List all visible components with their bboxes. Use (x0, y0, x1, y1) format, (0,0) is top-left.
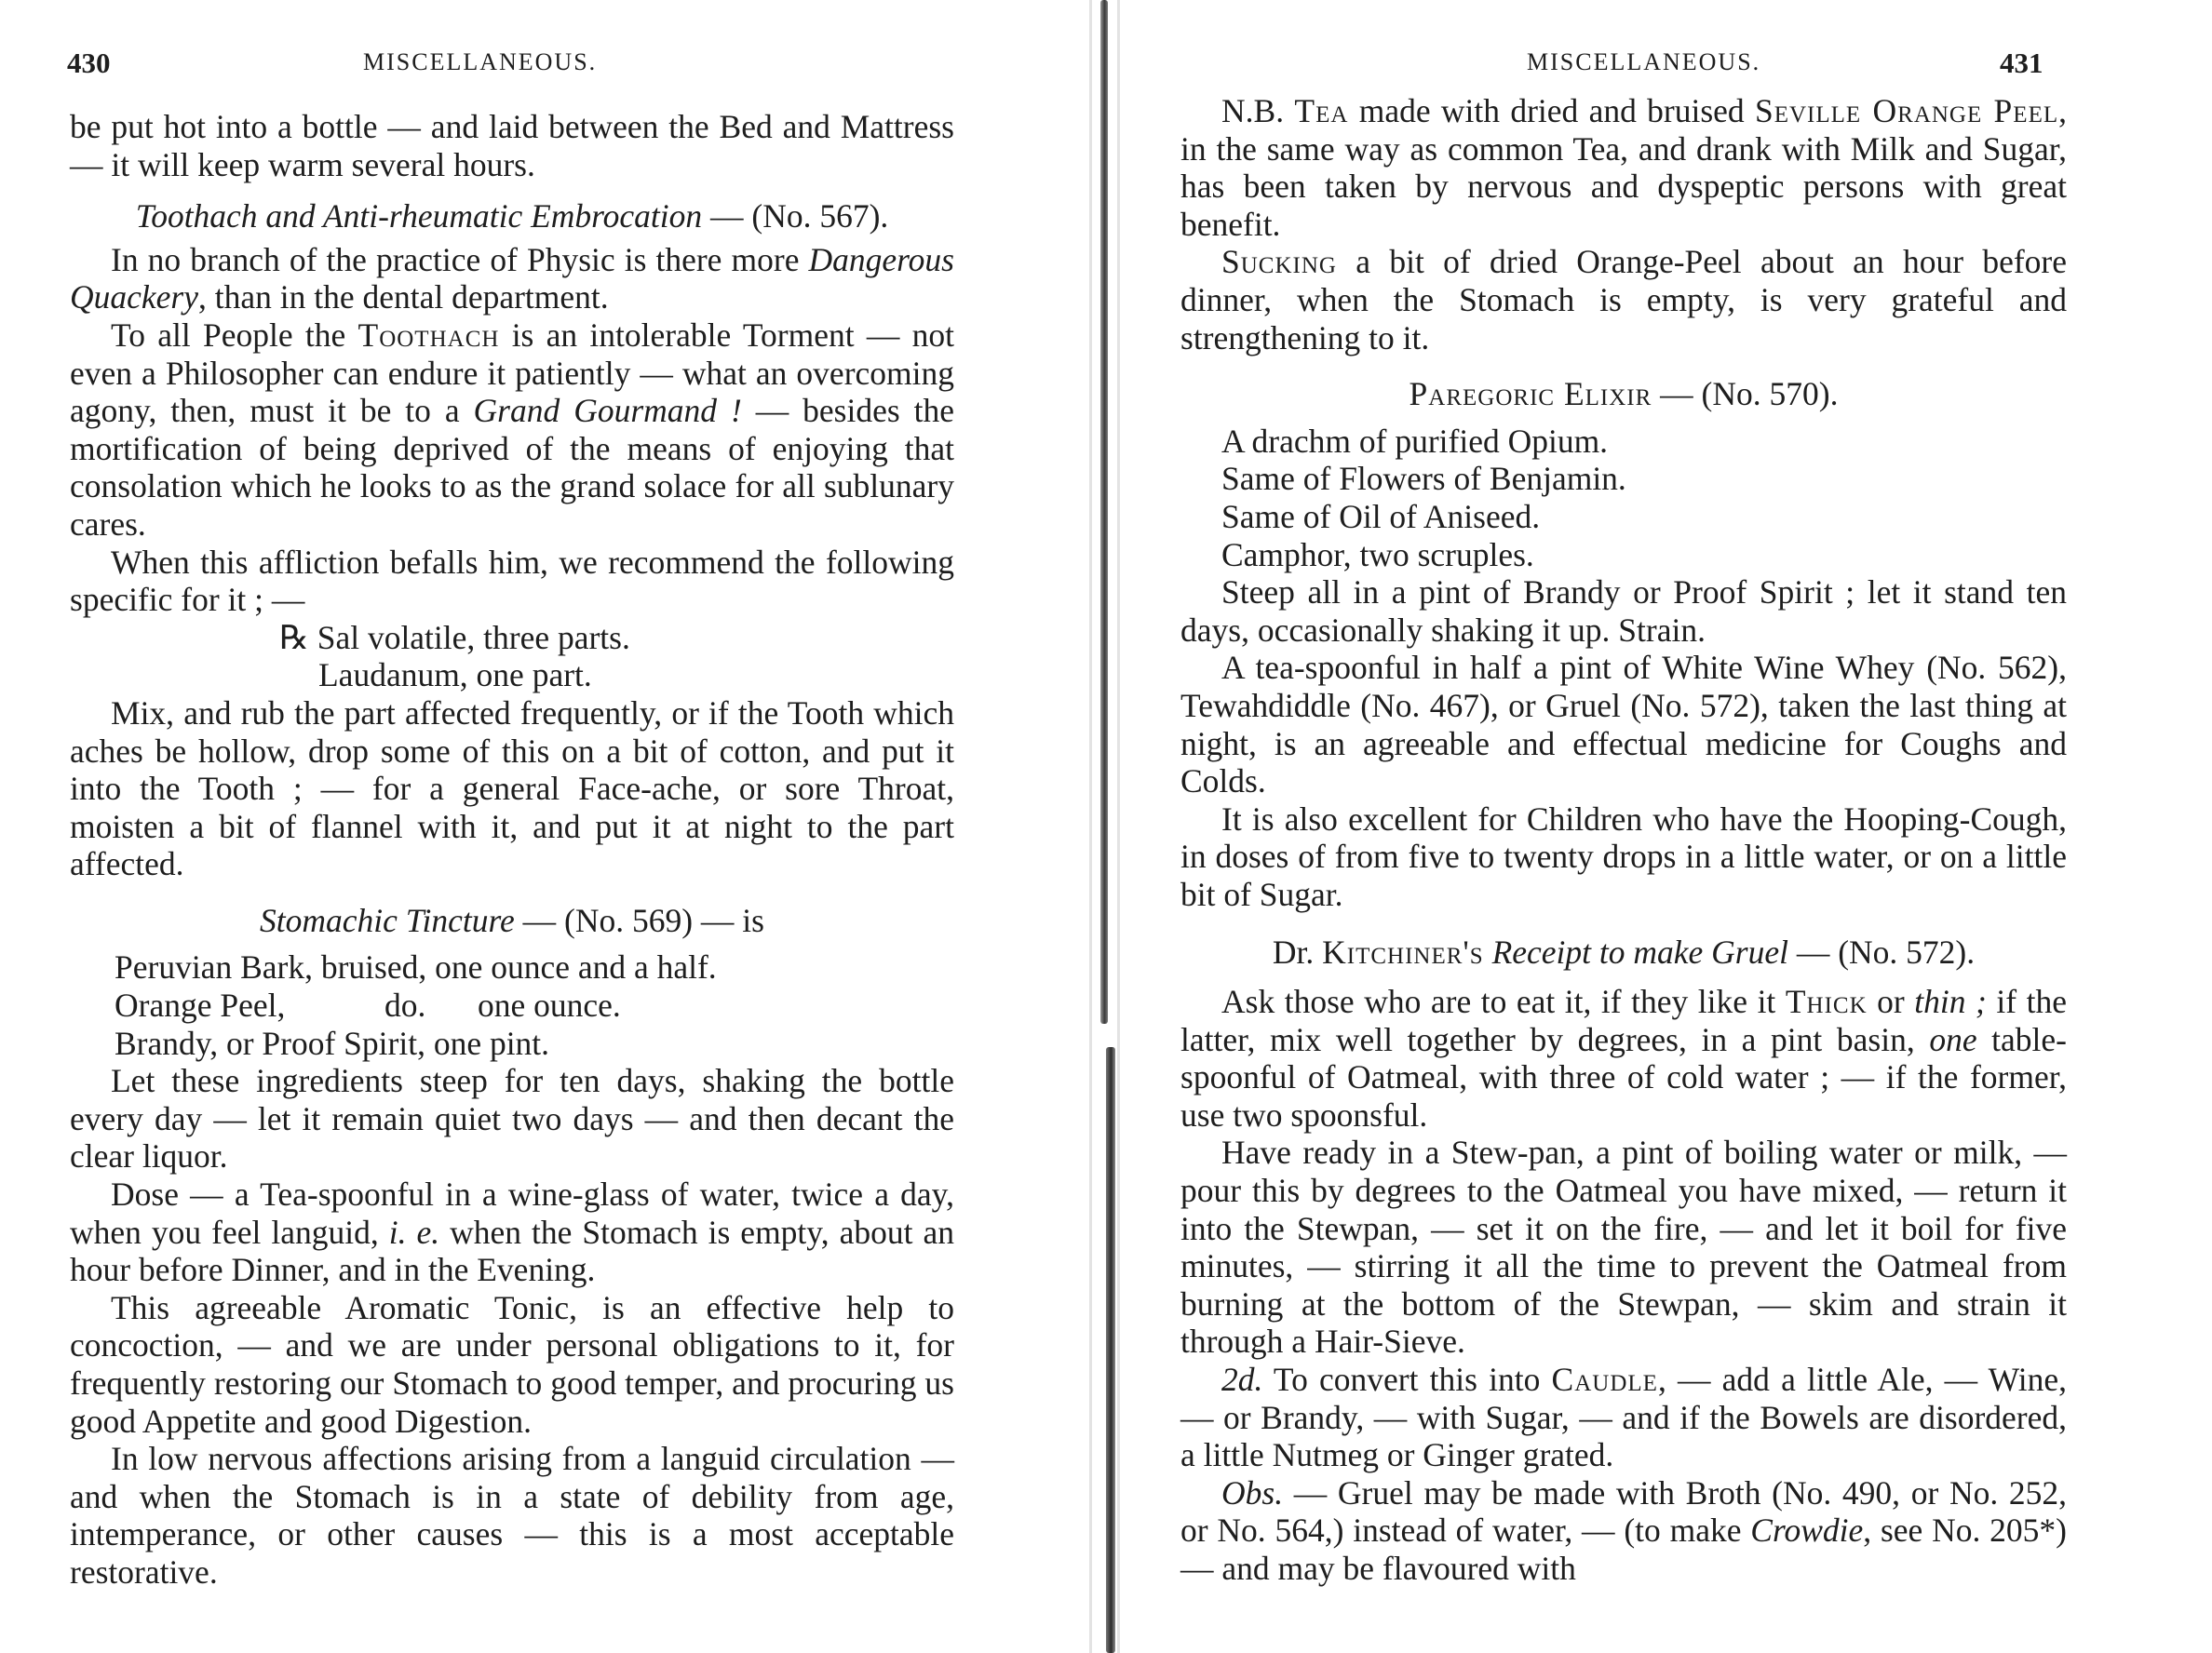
text-run: Ask those who are to eat it, if they lik… (1221, 983, 1786, 1020)
small-caps-text: Seville Orange Peel (1755, 92, 2058, 129)
ingredient-list: A drachm of purified Opium. Same of Flow… (1180, 423, 2067, 573)
paragraph: It is also excellent for Children who ha… (1180, 800, 2067, 914)
small-caps-text: Sucking (1221, 243, 1337, 280)
paragraph: Sucking a bit of dried Orange-Peel about… (1180, 243, 2067, 356)
text-run: To convert this into (1262, 1361, 1551, 1398)
recipe-title: Stomachic Tincture (260, 902, 515, 939)
paragraph: Have ready in a Stew-pan, a pint of boil… (1180, 1134, 2067, 1361)
paragraph: Let these ingredients steep for ten days… (70, 1062, 954, 1176)
text-run: Sal volatile, three parts. (309, 619, 630, 656)
recipe-number: — (No. 572). (1788, 934, 1975, 971)
ingredient-item: Orange Peel,do.one ounce. (70, 987, 954, 1025)
recipe-heading-567: Toothach and Anti-rheumatic Embrocation … (70, 197, 954, 235)
italic-text: i. e. (389, 1214, 439, 1251)
right-page-body: N.B. Tea made with dried and bruised Sev… (1180, 92, 2067, 1588)
italic-text: thin ; (1914, 983, 1987, 1020)
ingredient-item: Same of Oil of Aniseed. (1180, 498, 2067, 536)
running-head: MISCELLANEOUS. (1527, 48, 1760, 76)
paragraph: This agreeable Aromatic Tonic, is an eff… (70, 1289, 954, 1440)
left-page-body: be put hot into a bottle — and laid betw… (70, 108, 954, 1592)
ingredient-qty: do. (384, 987, 478, 1025)
italic-text: Crowdie (1750, 1512, 1863, 1549)
recipe-title: Receipt to make Gruel (1484, 934, 1788, 971)
recipe-title: Toothach and Anti-rheumatic Embrocation (136, 197, 702, 235)
left-page: 430 MISCELLANEOUS. be put hot into a bot… (0, 0, 1089, 1653)
recipe-heading-570: Paregoric Elixir — (No. 570). (1180, 375, 2067, 413)
text-run: In no branch of the practice of Physic i… (111, 241, 809, 278)
recipe-number: — (No. 567). (702, 197, 888, 235)
paragraph: Steep all in a pint of Brandy or Proof S… (1180, 573, 2067, 649)
ingredient-item: Camphor, two scruples. (1180, 536, 2067, 574)
paragraph: To all People the Toothach is an intoler… (70, 316, 954, 544)
small-caps-text: Thick (1786, 983, 1868, 1020)
italic-text: 2d. (1221, 1361, 1262, 1398)
italic-text: Obs. (1221, 1474, 1283, 1512)
text-run: or (1868, 983, 1915, 1020)
paragraph: 2d. To convert this into Caudle, — add a… (1180, 1361, 2067, 1474)
gutter-fold-line (1106, 1047, 1115, 1653)
ingredient-list: Peruvian Bark, bruised, one ounce and a … (70, 948, 954, 1062)
gutter-shadow (1089, 0, 1092, 1653)
running-head: MISCELLANEOUS. (363, 48, 597, 76)
ingredient-item: A drachm of purified Opium. (1180, 423, 2067, 461)
paragraph: N.B. Tea made with dried and bruised Sev… (1180, 92, 2067, 243)
small-caps-text: Toothach (358, 316, 500, 354)
small-caps-text: Kitchiner's (1322, 934, 1484, 971)
book-gutter (1087, 0, 1121, 1653)
recipe-number: — (No. 570). (1652, 375, 1838, 412)
continuation-paragraph: be put hot into a bottle — and laid betw… (70, 108, 954, 183)
recipe-heading-569: Stomachic Tincture — (No. 569) — is (70, 902, 954, 940)
recipe-title: Paregoric Elixir (1409, 375, 1652, 412)
recipe-number: — (No. 569) — is (515, 902, 764, 939)
small-caps-text: Caudle (1552, 1361, 1658, 1398)
recipe-heading-572: Dr. Kitchiner's Receipt to make Gruel — … (1180, 934, 2067, 972)
paragraph: Ask those who are to eat it, if they lik… (1180, 983, 2067, 1134)
rx-symbol-icon: ℞ (279, 619, 309, 656)
gutter-fold-line (1100, 0, 1108, 1024)
page-number: 431 (2000, 47, 2043, 80)
small-caps-text: Tea (1294, 92, 1348, 129)
text-run: N.B. (1221, 92, 1294, 129)
paragraph: Obs. — Gruel may be made with Broth (No.… (1180, 1474, 2067, 1588)
paragraph: In low nervous affections arising from a… (70, 1440, 954, 1591)
ingredient-item: Peruvian Bark, bruised, one ounce and a … (70, 948, 954, 987)
italic-text: Grand Gourmand ! (474, 392, 742, 429)
text-run: Dr. (1273, 934, 1322, 971)
paragraph: Mix, and rub the part affected frequentl… (70, 694, 954, 883)
ingredient-item: Same of Flowers of Benjamin. (1180, 460, 2067, 498)
page-number: 430 (67, 47, 111, 80)
text-run: , than in the dental department. (198, 278, 609, 316)
right-page: MISCELLANEOUS. 431 N.B. Tea made with dr… (1117, 0, 2212, 1653)
paragraph: In no branch of the practice of Physic i… (70, 241, 954, 316)
text-run: made with dried and bruised (1348, 92, 1755, 129)
ingredient-item: Brandy, or Proof Spirit, one pint. (70, 1025, 954, 1063)
paragraph: Dose — a Tea-spoonful in a wine-glass of… (70, 1176, 954, 1289)
italic-text: one (1929, 1021, 1976, 1058)
prescription-line: Laudanum, one part. (70, 656, 954, 694)
prescription-line: ℞ Sal volatile, three parts. (70, 619, 954, 657)
ingredient-name: Orange Peel, (115, 987, 384, 1025)
paragraph: A tea-spoonful in half a pint of White W… (1180, 649, 2067, 800)
text-run: To all People the (111, 316, 358, 354)
paragraph: When this affliction befalls him, we rec… (70, 544, 954, 619)
ingredient-amount: one ounce. (478, 987, 621, 1024)
